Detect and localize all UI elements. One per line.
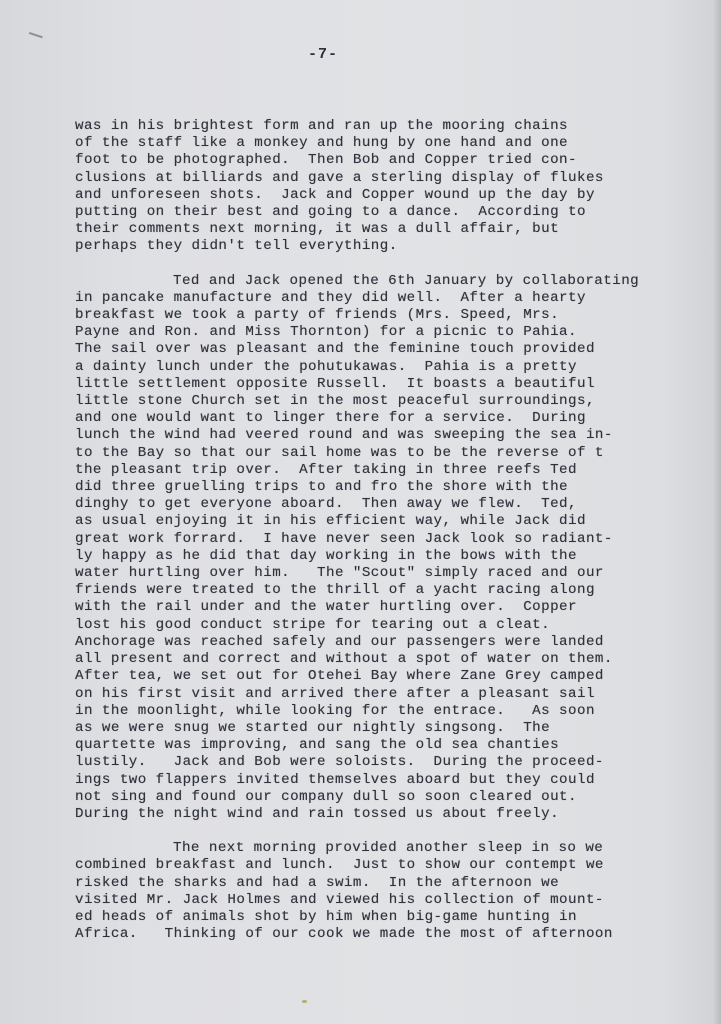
text-line: to the Bay so that our sail home was to … — [75, 445, 721, 462]
text-line: putting on their best and going to a dan… — [75, 204, 721, 221]
paragraph: was in his brightest form and ran up the… — [75, 118, 721, 256]
paper-speck — [302, 1000, 307, 1003]
text-line: great work forrard. I have never seen Ja… — [75, 531, 721, 548]
text-line: After tea, we set out for Otehei Bay whe… — [75, 668, 721, 685]
text-line: as usual enjoying it in his efficient wa… — [75, 513, 721, 530]
text-line: breakfast we took a party of friends (Mr… — [75, 307, 721, 324]
pencil-mark — [27, 32, 42, 43]
text-line: Anchorage was reached safely and our pas… — [75, 634, 721, 651]
text-line: in the moonlight, while looking for the … — [75, 703, 721, 720]
text-line: a dainty lunch under the pohutukawas. Pa… — [75, 359, 721, 376]
text-line: lustily. Jack and Bob were soloists. Dur… — [75, 754, 721, 771]
text-line: little settlement opposite Russell. It b… — [75, 376, 721, 393]
text-line: friends were treated to the thrill of a … — [75, 582, 721, 599]
text-line: and unforeseen shots. Jack and Copper wo… — [75, 187, 721, 204]
text-line: the pleasant trip over. After taking in … — [75, 462, 721, 479]
text-line: their comments next morning, it was a du… — [75, 221, 721, 238]
text-line: Ted and Jack opened the 6th January by c… — [75, 273, 721, 290]
text-line: The next morning provided another sleep … — [75, 840, 721, 857]
text-line: little stone Church set in the most peac… — [75, 393, 721, 410]
text-line: in pancake manufacture and they did well… — [75, 290, 721, 307]
text-line: risked the sharks and had a swim. In the… — [75, 875, 721, 892]
text-line: quartette was improving, and sang the ol… — [75, 737, 721, 754]
text-line: The sail over was pleasant and the femin… — [75, 341, 721, 358]
text-line: ings two flappers invited themselves abo… — [75, 772, 721, 789]
text-line: Africa. Thinking of our cook we made the… — [75, 926, 721, 943]
paragraph: Ted and Jack opened the 6th January by c… — [75, 273, 721, 824]
text-line: ed heads of animals shot by him when big… — [75, 909, 721, 926]
text-line: perhaps they didn't tell everything. — [75, 238, 721, 255]
text-line: Payne and Ron. and Miss Thornton) for a … — [75, 324, 721, 341]
text-line: dinghy to get everyone aboard. Then away… — [75, 496, 721, 513]
text-line: not sing and found our company dull so s… — [75, 789, 721, 806]
text-line: of the staff like a monkey and hung by o… — [75, 135, 721, 152]
paragraph: The next morning provided another sleep … — [75, 840, 721, 943]
text-line: lunch the wind had veered round and was … — [75, 427, 721, 444]
page-number: -7- — [308, 46, 338, 63]
text-line: water hurtling over him. The "Scout" sim… — [75, 565, 721, 582]
text-line: foot to be photographed. Then Bob and Co… — [75, 152, 721, 169]
text-line: combined breakfast and lunch. Just to sh… — [75, 857, 721, 874]
text-line: as we were snug we started our nightly s… — [75, 720, 721, 737]
text-line: did three gruelling trips to and fro the… — [75, 479, 721, 496]
text-line: clusions at billiards and gave a sterlin… — [75, 170, 721, 187]
text-line: visited Mr. Jack Holmes and viewed his c… — [75, 892, 721, 909]
text-line: ly happy as he did that day working in t… — [75, 548, 721, 565]
text-line: with the rail under and the water hurtli… — [75, 599, 721, 616]
text-line: on his first visit and arrived there aft… — [75, 686, 721, 703]
body-text: was in his brightest form and ran up the… — [75, 118, 721, 943]
text-line: During the night wind and rain tossed us… — [75, 806, 721, 823]
typewritten-page: -7- was in his brightest form and ran up… — [0, 0, 721, 1024]
text-line: and one would want to linger there for a… — [75, 410, 721, 427]
text-line: lost his good conduct stripe for tearing… — [75, 617, 721, 634]
text-line: all present and correct and without a sp… — [75, 651, 721, 668]
text-line: was in his brightest form and ran up the… — [75, 118, 721, 135]
